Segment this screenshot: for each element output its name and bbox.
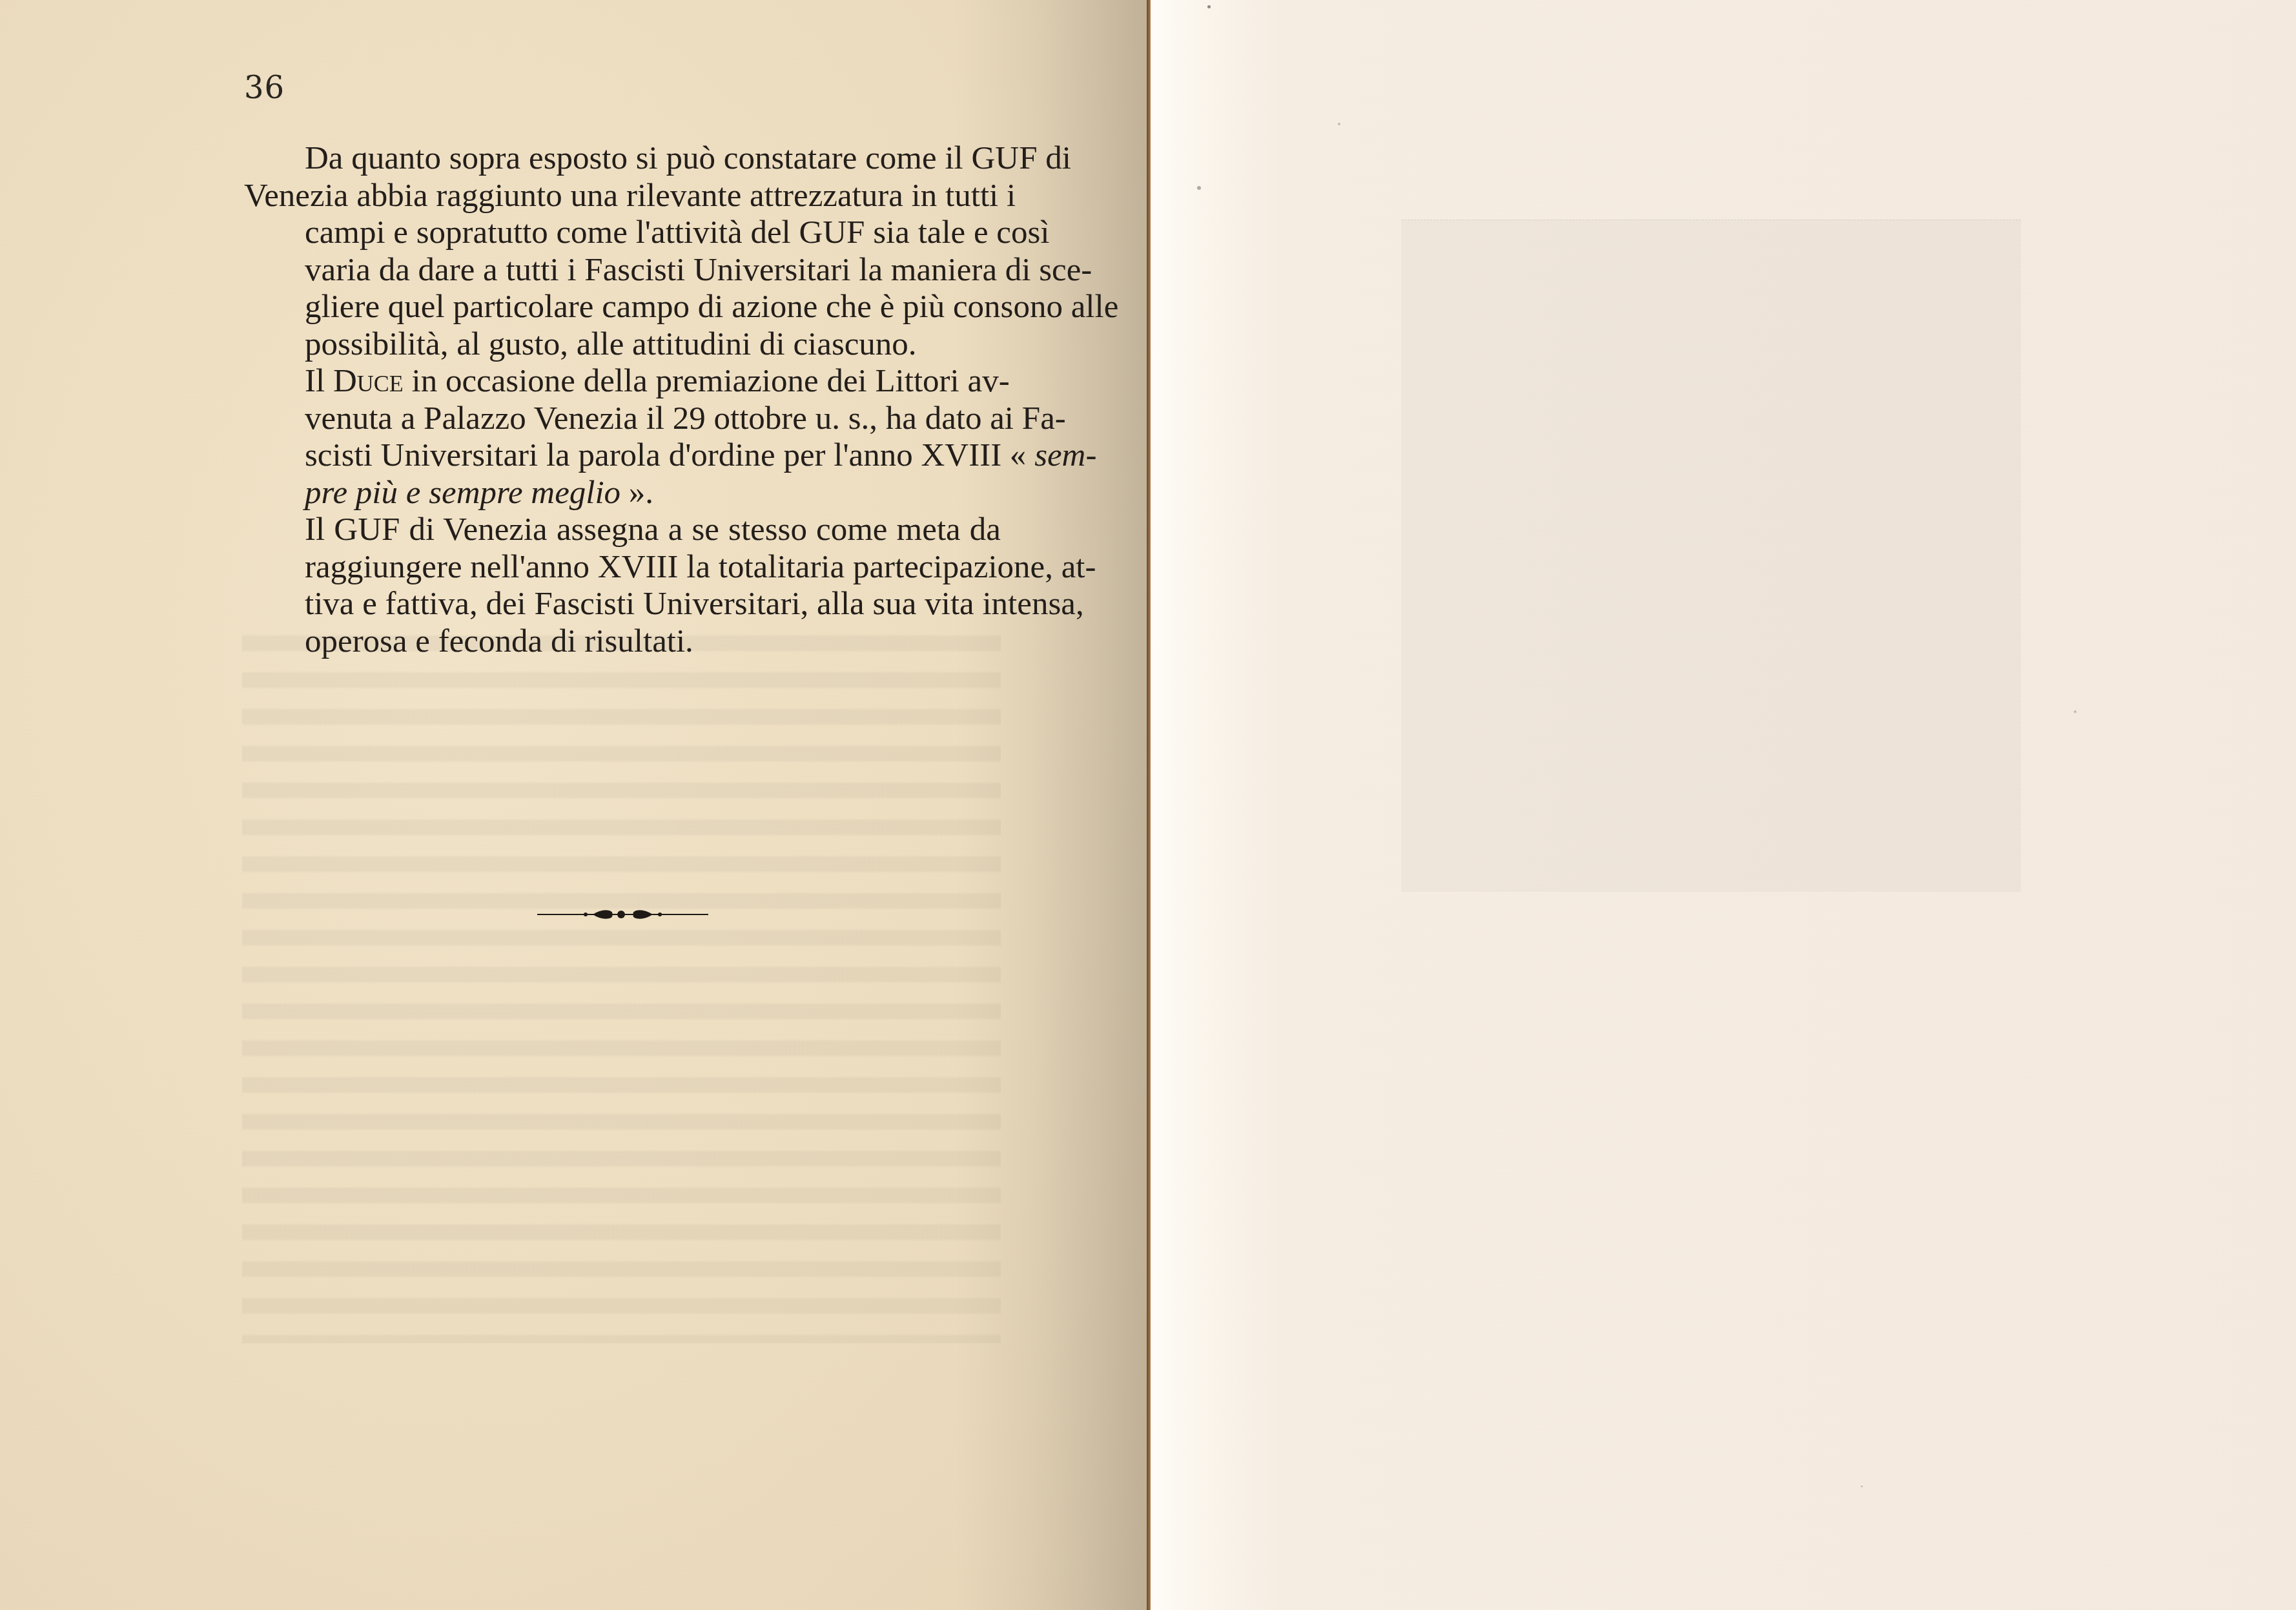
text-line: campi e sopratutto come l'attività del G… [244,214,1001,252]
text-line: pre più e sempre meglio ». [244,475,1001,512]
text-line: possibilità, al gusto, alle attitudini d… [244,326,1001,364]
text-line: Il Duce in occasione della premiazione d… [244,363,1001,400]
text-line: venuta a Palazzo Venezia il 29 ottobre u… [244,400,1001,438]
paragraph-1: Da quanto sopra esposto si può constatar… [244,140,1001,363]
text-line: scisti Universitari la parola d'ordine p… [244,437,1001,475]
italic-motto: sem- [1034,437,1096,473]
paper-speck [2074,710,2076,713]
paragraph-2: Il Duce in occasione della premiazione d… [244,363,1001,511]
italic-motto: pre più e sempre meglio [305,475,620,511]
bleed-through-texture [242,620,1001,1343]
paper-speck [1197,186,1201,190]
small-caps-duce: Duce [333,363,404,399]
right-page-blank [1151,0,2296,1610]
page-number: 36 [244,72,285,103]
text-line: gliere quel particolare campo di azione … [244,289,1001,326]
paper-speck [1338,123,1340,125]
text-line: raggiungere nell'anno XVIII la totalitar… [244,549,1001,586]
text-line: operosa e feconda di risultati. [244,623,1001,661]
text-line: Il GUF di Venezia assegna a se stesso co… [244,511,1001,549]
book-spread: 36 Da quanto sopra esposto si può consta… [0,0,2296,1610]
section-end-ornament-icon [537,907,708,922]
paper-speck [1207,5,1211,8]
left-page: 36 Da quanto sopra esposto si può consta… [0,0,1148,1610]
text-line: tiva e fattiva, dei Fascisti Universitar… [244,586,1001,623]
text-line: Da quanto sopra esposto si può constatar… [244,140,1001,178]
paragraph-3: Il GUF di Venezia assegna a se stesso co… [244,511,1001,660]
paper-speck [1861,1485,1863,1487]
text-line: Venezia abbia raggiunto una rilevante at… [244,178,1001,215]
body-text: Da quanto sopra esposto si può constatar… [244,140,1001,660]
text-line: varia da dare a tutti i Fascisti Univers… [244,252,1001,289]
faint-print-shadow [1401,220,2021,892]
